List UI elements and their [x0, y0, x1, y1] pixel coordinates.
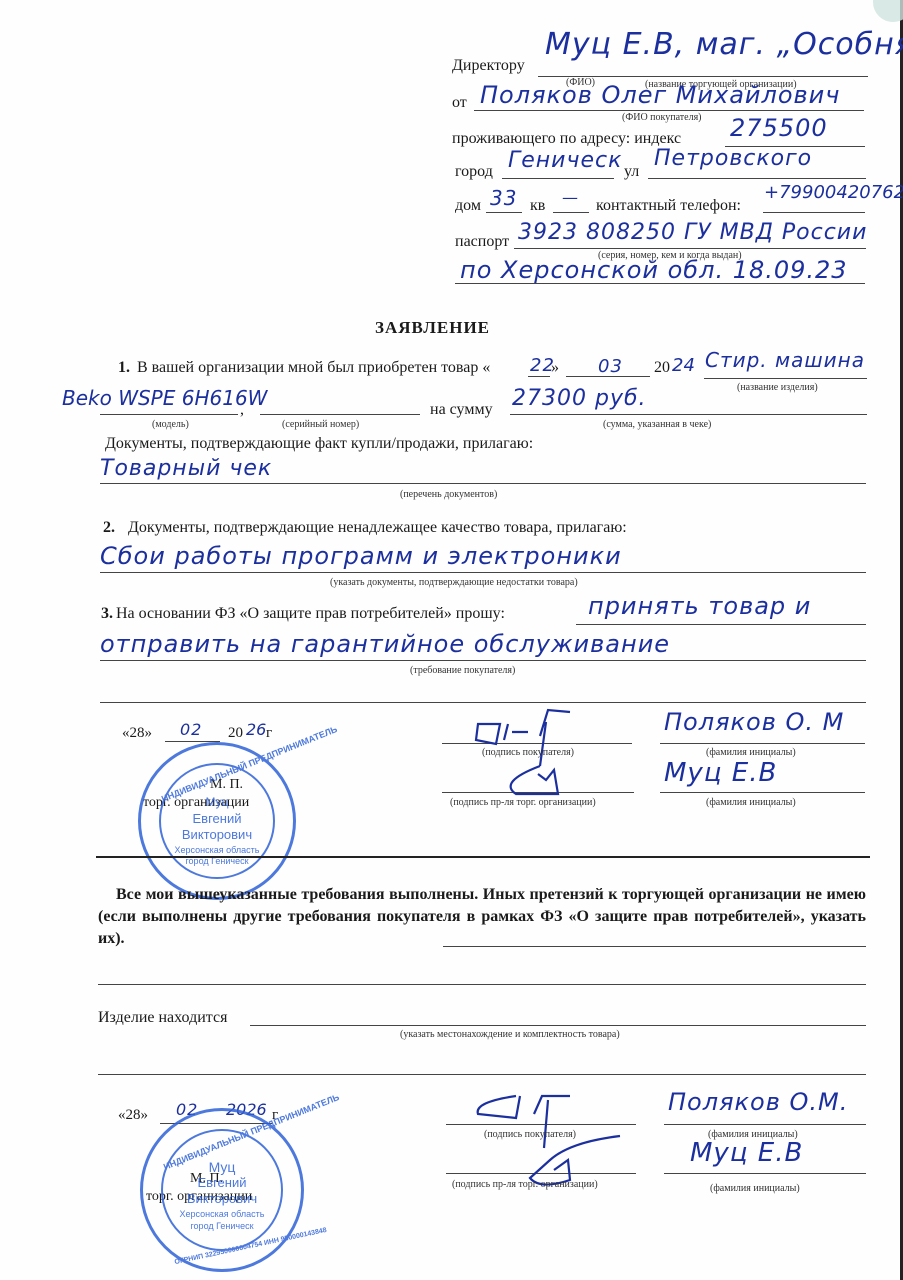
- from-hint: (ФИО покупателя): [622, 113, 702, 123]
- seller-sig-hint-1: (подпись пр-ля торг. организации): [450, 798, 596, 808]
- model-value: Beko WSPE 6H616W: [62, 388, 267, 408]
- from-line: [474, 110, 864, 111]
- product-value: Стир. машина: [705, 350, 865, 370]
- house-value: 33: [490, 188, 517, 208]
- from-value: Поляков Олег Михайлович: [480, 83, 840, 107]
- section2-value: Сбои работы программ и электроники: [100, 544, 622, 568]
- passport-line: [514, 248, 866, 249]
- stamp-patronymic: Викторович: [143, 1191, 301, 1206]
- seller-name-line-1: [660, 792, 865, 793]
- section3-value-2: отправить на гарантийное обслуживание: [100, 632, 670, 656]
- corner-artifact: [873, 0, 903, 22]
- section3-line-3: [100, 702, 866, 703]
- model-hint: (модель): [152, 420, 189, 430]
- purchase-month: 03: [598, 358, 623, 376]
- director-label: Директору: [452, 58, 525, 74]
- item-label: Изделие находится: [98, 1010, 227, 1026]
- house-label: дом: [455, 198, 481, 214]
- apt-line: [553, 212, 589, 213]
- street-label: ул: [624, 164, 639, 180]
- sum-label: на сумму: [430, 402, 493, 418]
- phone-line: [763, 212, 865, 213]
- document-title: ЗАЯВЛЕНИЕ: [375, 318, 490, 338]
- index-value: 275500: [730, 116, 828, 140]
- address-label: проживающего по адресу: индекс: [452, 131, 681, 147]
- buyer-name-line-1: [660, 743, 865, 744]
- quote-close: »: [551, 360, 559, 376]
- product-hint: (название изделия): [737, 383, 818, 393]
- apt-label: кв: [530, 198, 545, 214]
- phone-value: +79900420762: [764, 184, 903, 202]
- document-page: Директору Муц Е.В, маг. „Особняк“ (ФИО) …: [0, 0, 903, 1280]
- section1-text: В вашей организации мной был приобретен …: [137, 360, 490, 376]
- day-line: [528, 376, 550, 377]
- date1-year-prefix: 20: [228, 726, 243, 741]
- buyer-name-1: Поляков О. М: [664, 710, 844, 734]
- company-stamp-2: ИНДИВИДУАЛЬНЫЙ ПРЕДПРИНИМАТЕЛЬ Муц Евген…: [140, 1108, 304, 1272]
- passport-label: паспорт: [455, 234, 509, 250]
- seller-sig-hint-2: (подпись пр-ля торг. организации): [452, 1180, 598, 1190]
- sum-line: [510, 414, 867, 415]
- section2-line: [100, 572, 866, 573]
- street-line: [648, 178, 866, 179]
- buyer-name-line-2: [664, 1124, 866, 1125]
- section-divider: [96, 856, 870, 858]
- seller-name-line-2: [664, 1173, 866, 1174]
- buyer-sig-hint-1: (подпись покупателя): [482, 748, 574, 758]
- section3-number: 3.: [101, 606, 113, 622]
- seller-name-2: Муц Е.В: [690, 1140, 803, 1166]
- stamp-patronymic: Викторович: [141, 827, 293, 842]
- docs-line: [100, 483, 866, 484]
- year-prefix: 20: [654, 360, 670, 376]
- apt-value: —: [562, 190, 579, 206]
- stamp-region: Херсонская область: [143, 1209, 301, 1219]
- comma: ,: [240, 402, 244, 418]
- closing-line-2: [98, 984, 866, 985]
- seller-name-hint-2: (фамилия инициалы): [710, 1184, 800, 1194]
- product-line: [704, 378, 867, 379]
- item-line-2: [98, 1074, 866, 1075]
- purchase-year: 24: [672, 357, 695, 375]
- section2-number: 2.: [103, 520, 115, 536]
- director-value: Муц Е.В, маг. „Особняк“: [545, 30, 903, 60]
- stamp-surname: Муц: [141, 795, 293, 809]
- stamp-surname: Муц: [143, 1159, 301, 1175]
- section3-line-2: [100, 660, 866, 661]
- stamp-name: Евгений: [143, 1175, 301, 1190]
- closing-paragraph: Все мои вышеуказанные требования выполне…: [98, 884, 866, 950]
- section2-text: Документы, подтверждающие ненадлежащее к…: [128, 520, 627, 536]
- date1-year: 26: [246, 722, 266, 738]
- city-label: город: [455, 164, 493, 180]
- docs-label: Документы, подтверждающие факт купли/про…: [105, 436, 533, 452]
- seller-name-hint-1: (фамилия инициалы): [706, 798, 796, 808]
- passport-value: 3923 808250 ГУ МВД России: [518, 222, 867, 244]
- closing-line-1: [443, 946, 866, 947]
- date1-unit: г: [266, 726, 272, 741]
- date2-open: «28»: [118, 1108, 148, 1123]
- item-line: [250, 1025, 866, 1026]
- stamp-city: город Геническ: [143, 1221, 301, 1231]
- sum-hint: (сумма, указанная в чеке): [603, 420, 711, 430]
- seller-name-1: Муц Е.В: [664, 760, 777, 786]
- model-line: [100, 414, 238, 415]
- section3-line-1: [576, 624, 866, 625]
- section3-hint: (требование покупателя): [410, 666, 515, 676]
- section3-text: На основании ФЗ «О защите прав потребите…: [116, 606, 505, 622]
- section1-number: 1.: [118, 360, 130, 376]
- serial-line: [260, 414, 420, 415]
- city-value: Геническ: [508, 150, 622, 172]
- buyer-name-hint-1: (фамилия инициалы): [706, 748, 796, 758]
- phone-label: контактный телефон:: [596, 198, 741, 214]
- date1-month: 02: [180, 722, 202, 738]
- city-line: [502, 178, 614, 179]
- from-label: от: [452, 95, 467, 111]
- buyer-name-2: Поляков О.М.: [668, 1090, 848, 1114]
- sum-value: 27300 руб.: [512, 388, 647, 410]
- date1-open: «28»: [122, 726, 152, 741]
- company-stamp-1: ИНДИВИДУАЛЬНЫЙ ПРЕДПРИНИМАТЕЛЬ Муц Евген…: [138, 742, 296, 900]
- docs-hint: (перечень документов): [400, 490, 497, 500]
- stamp-name: Евгений: [141, 811, 293, 826]
- house-line: [486, 212, 522, 213]
- passport-value-2: по Херсонской обл. 18.09.23: [460, 258, 848, 282]
- section3-value-1: принять товар и: [588, 594, 811, 618]
- item-hint: (указать местонахождение и комплектность…: [400, 1030, 620, 1040]
- section2-hint: (указать документы, подтверждающие недос…: [330, 578, 578, 588]
- stamp-region: Херсонская область: [141, 845, 293, 855]
- serial-hint: (серийный номер): [282, 420, 359, 430]
- street-value: Петровского: [654, 148, 812, 170]
- docs-value: Товарный чек: [100, 458, 272, 480]
